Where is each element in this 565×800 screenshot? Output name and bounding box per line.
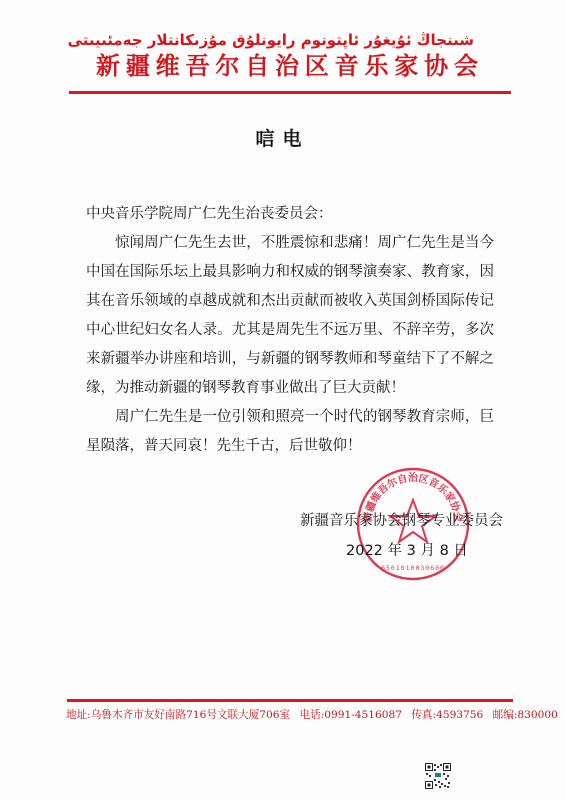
letterhead-char: 吾 xyxy=(185,52,209,80)
letter-page: شىنجاڭ ئۇيغۇر ئاپتونوم رايونلۇق مۇزىكانت… xyxy=(0,0,565,800)
salutation: 中央音乐学院周广仁先生治丧委员会： xyxy=(86,200,494,229)
footer-postcode: 邮编:830000 xyxy=(493,709,558,721)
letterhead-char: 维 xyxy=(156,52,180,80)
letterhead-char: 家 xyxy=(394,52,418,80)
letterhead-char: 区 xyxy=(305,52,329,80)
letterhead-chinese-name: 新 疆 维 吾 尔 自 治 区 音 乐 家 协 会 xyxy=(96,52,478,80)
letterhead-char: 疆 xyxy=(126,52,150,80)
letterhead-char: 新 xyxy=(96,52,120,80)
letter-body: 中央音乐学院周广仁先生治丧委员会： 惊闻周广仁先生去世，不胜震惊和悲痛！周广仁先… xyxy=(86,200,494,461)
letterhead-char: 治 xyxy=(275,52,299,80)
letterhead-char: 自 xyxy=(245,52,269,80)
signature-block: 新疆音乐家协会钢琴专业委员会 2022 年 3 月 8 日 xyxy=(300,506,530,566)
paragraph: 周广仁先生是一位引领和照亮一个时代的钢琴教育宗师，巨星陨落，普天同哀！先生千古，… xyxy=(86,403,494,461)
letterhead-char: 协 xyxy=(424,52,448,80)
footer-fax: 传真:4593756 xyxy=(411,709,483,721)
letterhead-char: 音 xyxy=(335,52,359,80)
letterhead-uyghur-name: شىنجاڭ ئۇيغۇر ئاپتونوم رايونلۇق مۇزىكانت… xyxy=(118,30,474,50)
letterhead-char: 尔 xyxy=(215,52,239,80)
footer-divider xyxy=(67,699,513,702)
footer-address: 地址:乌鲁木齐市友好南路716号文联大厦706室 xyxy=(66,709,290,721)
qr-code-icon xyxy=(425,763,451,789)
footer-contact: 地址:乌鲁木齐市友好南路716号文联大厦706室 电话:0991-4516087… xyxy=(66,707,526,723)
signature-date: 2022 年 3 月 8 日 xyxy=(300,536,530,566)
letterhead-char: 会 xyxy=(454,52,478,80)
signature-organization: 新疆音乐家协会钢琴专业委员会 xyxy=(300,506,530,536)
letterhead-char: 乐 xyxy=(364,52,388,80)
document-title: 唁电 xyxy=(0,127,565,151)
footer-phone: 电话:0991-4516087 xyxy=(299,709,401,721)
paragraph: 惊闻周广仁先生去世，不胜震惊和悲痛！周广仁先生是当今中国在国际乐坛上最具影响力和… xyxy=(86,229,494,403)
letterhead-divider xyxy=(69,91,511,94)
